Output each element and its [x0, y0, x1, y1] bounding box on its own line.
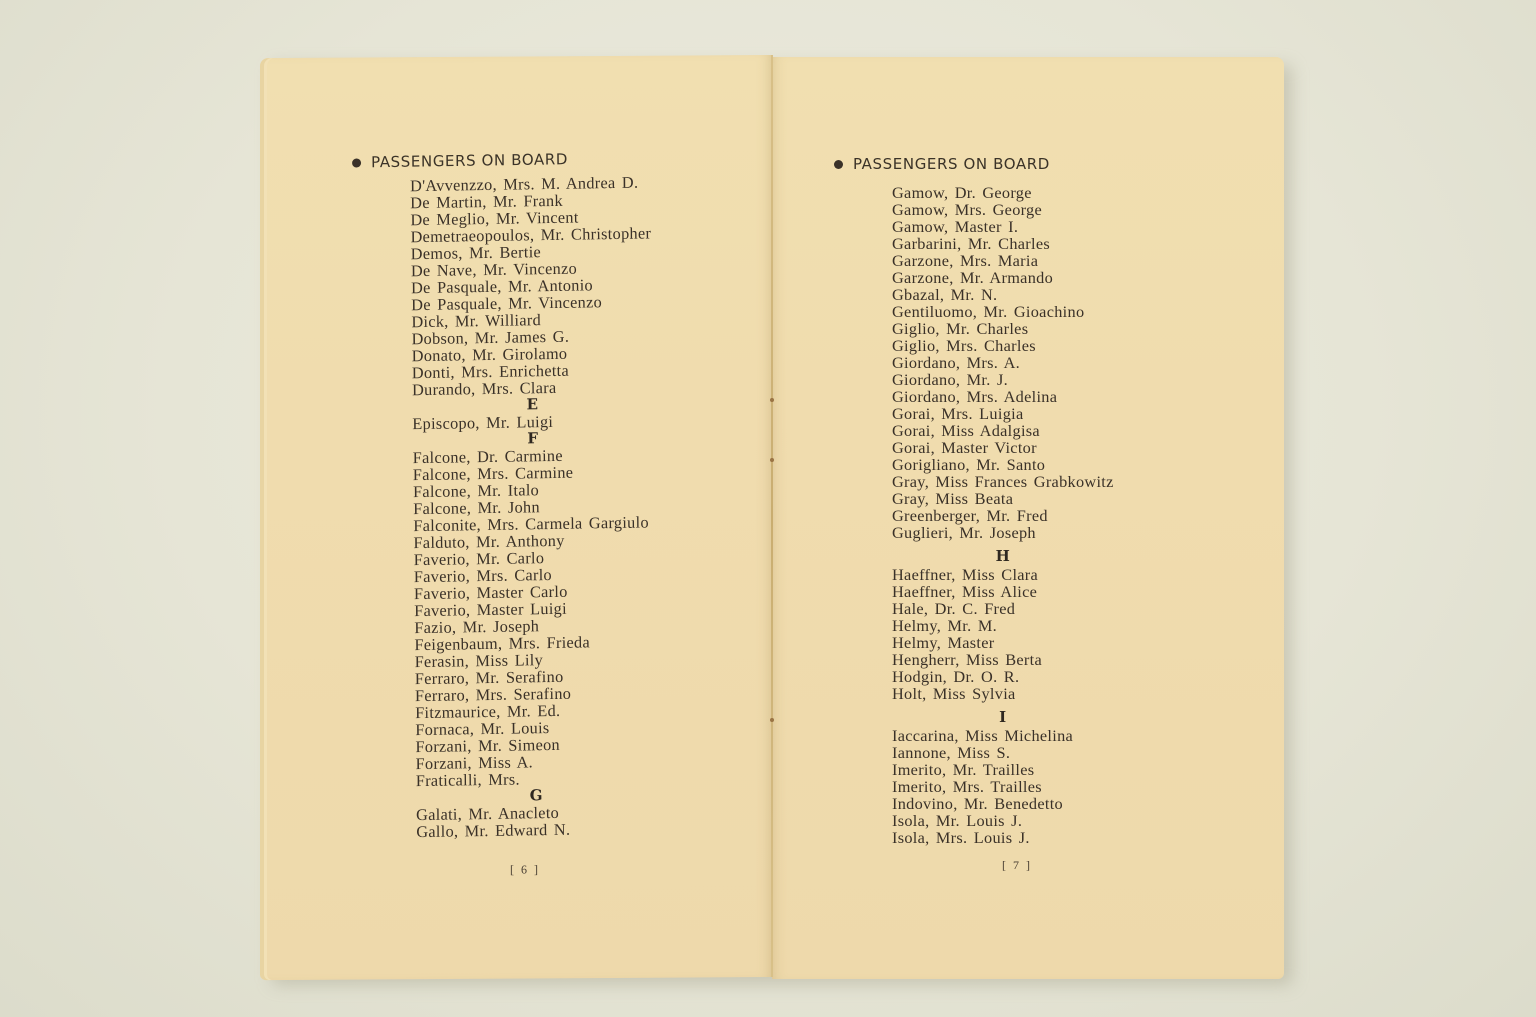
- passenger-entry: Garbarini, Mr. Charles: [892, 235, 1114, 252]
- passenger-entry: Imerito, Mr. Trailles: [892, 761, 1114, 778]
- open-booklet: PASSENGERS ON BOARD D'Avvenzzo, Mrs. M. …: [260, 55, 1285, 980]
- right-passenger-list: Gamow, Dr. GeorgeGamow, Mrs. GeorgeGamow…: [892, 184, 1114, 846]
- passenger-entry: Gentiluomo, Mr. Gioachino: [892, 303, 1114, 320]
- left-page-header: PASSENGERS ON BOARD: [352, 150, 568, 171]
- left-passenger-list: D'Avvenzzo, Mrs. M. Andrea D.De Martin, …: [410, 173, 657, 840]
- passenger-entry: Giordano, Mrs. Adelina: [892, 388, 1114, 405]
- passenger-entry: Gray, Miss Beata: [892, 490, 1114, 507]
- passenger-entry: Gorai, Mrs. Luigia: [892, 405, 1114, 422]
- passenger-entry: Iannone, Miss S.: [892, 744, 1114, 761]
- passenger-entry: Imerito, Mrs. Trailles: [892, 778, 1114, 795]
- passenger-entry: Helmy, Mr. M.: [892, 617, 1114, 634]
- passenger-entry: Gray, Miss Frances Grabkowitz: [892, 473, 1114, 490]
- passenger-entry: Isola, Mr. Louis J.: [892, 812, 1114, 829]
- right-page-header: PASSENGERS ON BOARD: [834, 155, 1050, 173]
- section-letter-h: H: [892, 548, 1114, 565]
- passenger-entry: Gorai, Master Victor: [892, 439, 1114, 456]
- booklet-spine: [771, 55, 773, 977]
- passenger-entry: Gorai, Miss Adalgisa: [892, 422, 1114, 439]
- right-page-number: [ 7 ]: [1002, 858, 1032, 873]
- right-header-text: PASSENGERS ON BOARD: [853, 155, 1050, 173]
- passenger-entry: Giordano, Mr. J.: [892, 371, 1114, 388]
- passenger-entry: Gamow, Dr. George: [892, 184, 1114, 201]
- left-header-text: PASSENGERS ON BOARD: [371, 150, 568, 171]
- bullet-icon: [352, 158, 361, 167]
- passenger-entry: Isola, Mrs. Louis J.: [892, 829, 1114, 846]
- passenger-entry: Gbazal, Mr. N.: [892, 286, 1114, 303]
- passenger-entry: Helmy, Master: [892, 634, 1114, 651]
- section-letter-i: I: [892, 709, 1114, 726]
- passenger-entry: Guglieri, Mr. Joseph: [892, 524, 1114, 541]
- passenger-entry: Gorigliano, Mr. Santo: [892, 456, 1114, 473]
- passenger-entry: Giglio, Mr. Charles: [892, 320, 1114, 337]
- passenger-entry: Iaccarina, Miss Michelina: [892, 727, 1114, 744]
- passenger-entry: Giordano, Mrs. A.: [892, 354, 1114, 371]
- passenger-entry: Indovino, Mr. Benedetto: [892, 795, 1114, 812]
- passenger-entry: Gallo, Mr. Edward N.: [416, 819, 657, 840]
- passenger-entry: Hodgin, Dr. O. R.: [892, 668, 1114, 685]
- passenger-entry: Gamow, Mrs. George: [892, 201, 1114, 218]
- passenger-entry: Hale, Dr. C. Fred: [892, 600, 1114, 617]
- passenger-entry: Haeffner, Miss Alice: [892, 583, 1114, 600]
- bullet-icon: [834, 160, 843, 169]
- stitch-mark: [770, 718, 774, 722]
- passenger-entry: Hengherr, Miss Berta: [892, 651, 1114, 668]
- stitch-mark: [770, 458, 774, 462]
- passenger-entry: Garzone, Mr. Armando: [892, 269, 1114, 286]
- left-page: PASSENGERS ON BOARD D'Avvenzzo, Mrs. M. …: [260, 55, 772, 980]
- passenger-entry: Garzone, Mrs. Maria: [892, 252, 1114, 269]
- passenger-entry: Gamow, Master I.: [892, 218, 1114, 235]
- left-page-number: [ 6 ]: [510, 862, 540, 877]
- right-page: PASSENGERS ON BOARD Gamow, Dr. GeorgeGam…: [772, 57, 1284, 979]
- passenger-entry: Haeffner, Miss Clara: [892, 566, 1114, 583]
- passenger-entry: Greenberger, Mr. Fred: [892, 507, 1114, 524]
- stitch-mark: [770, 398, 774, 402]
- passenger-entry: Holt, Miss Sylvia: [892, 685, 1114, 702]
- passenger-entry: Giglio, Mrs. Charles: [892, 337, 1114, 354]
